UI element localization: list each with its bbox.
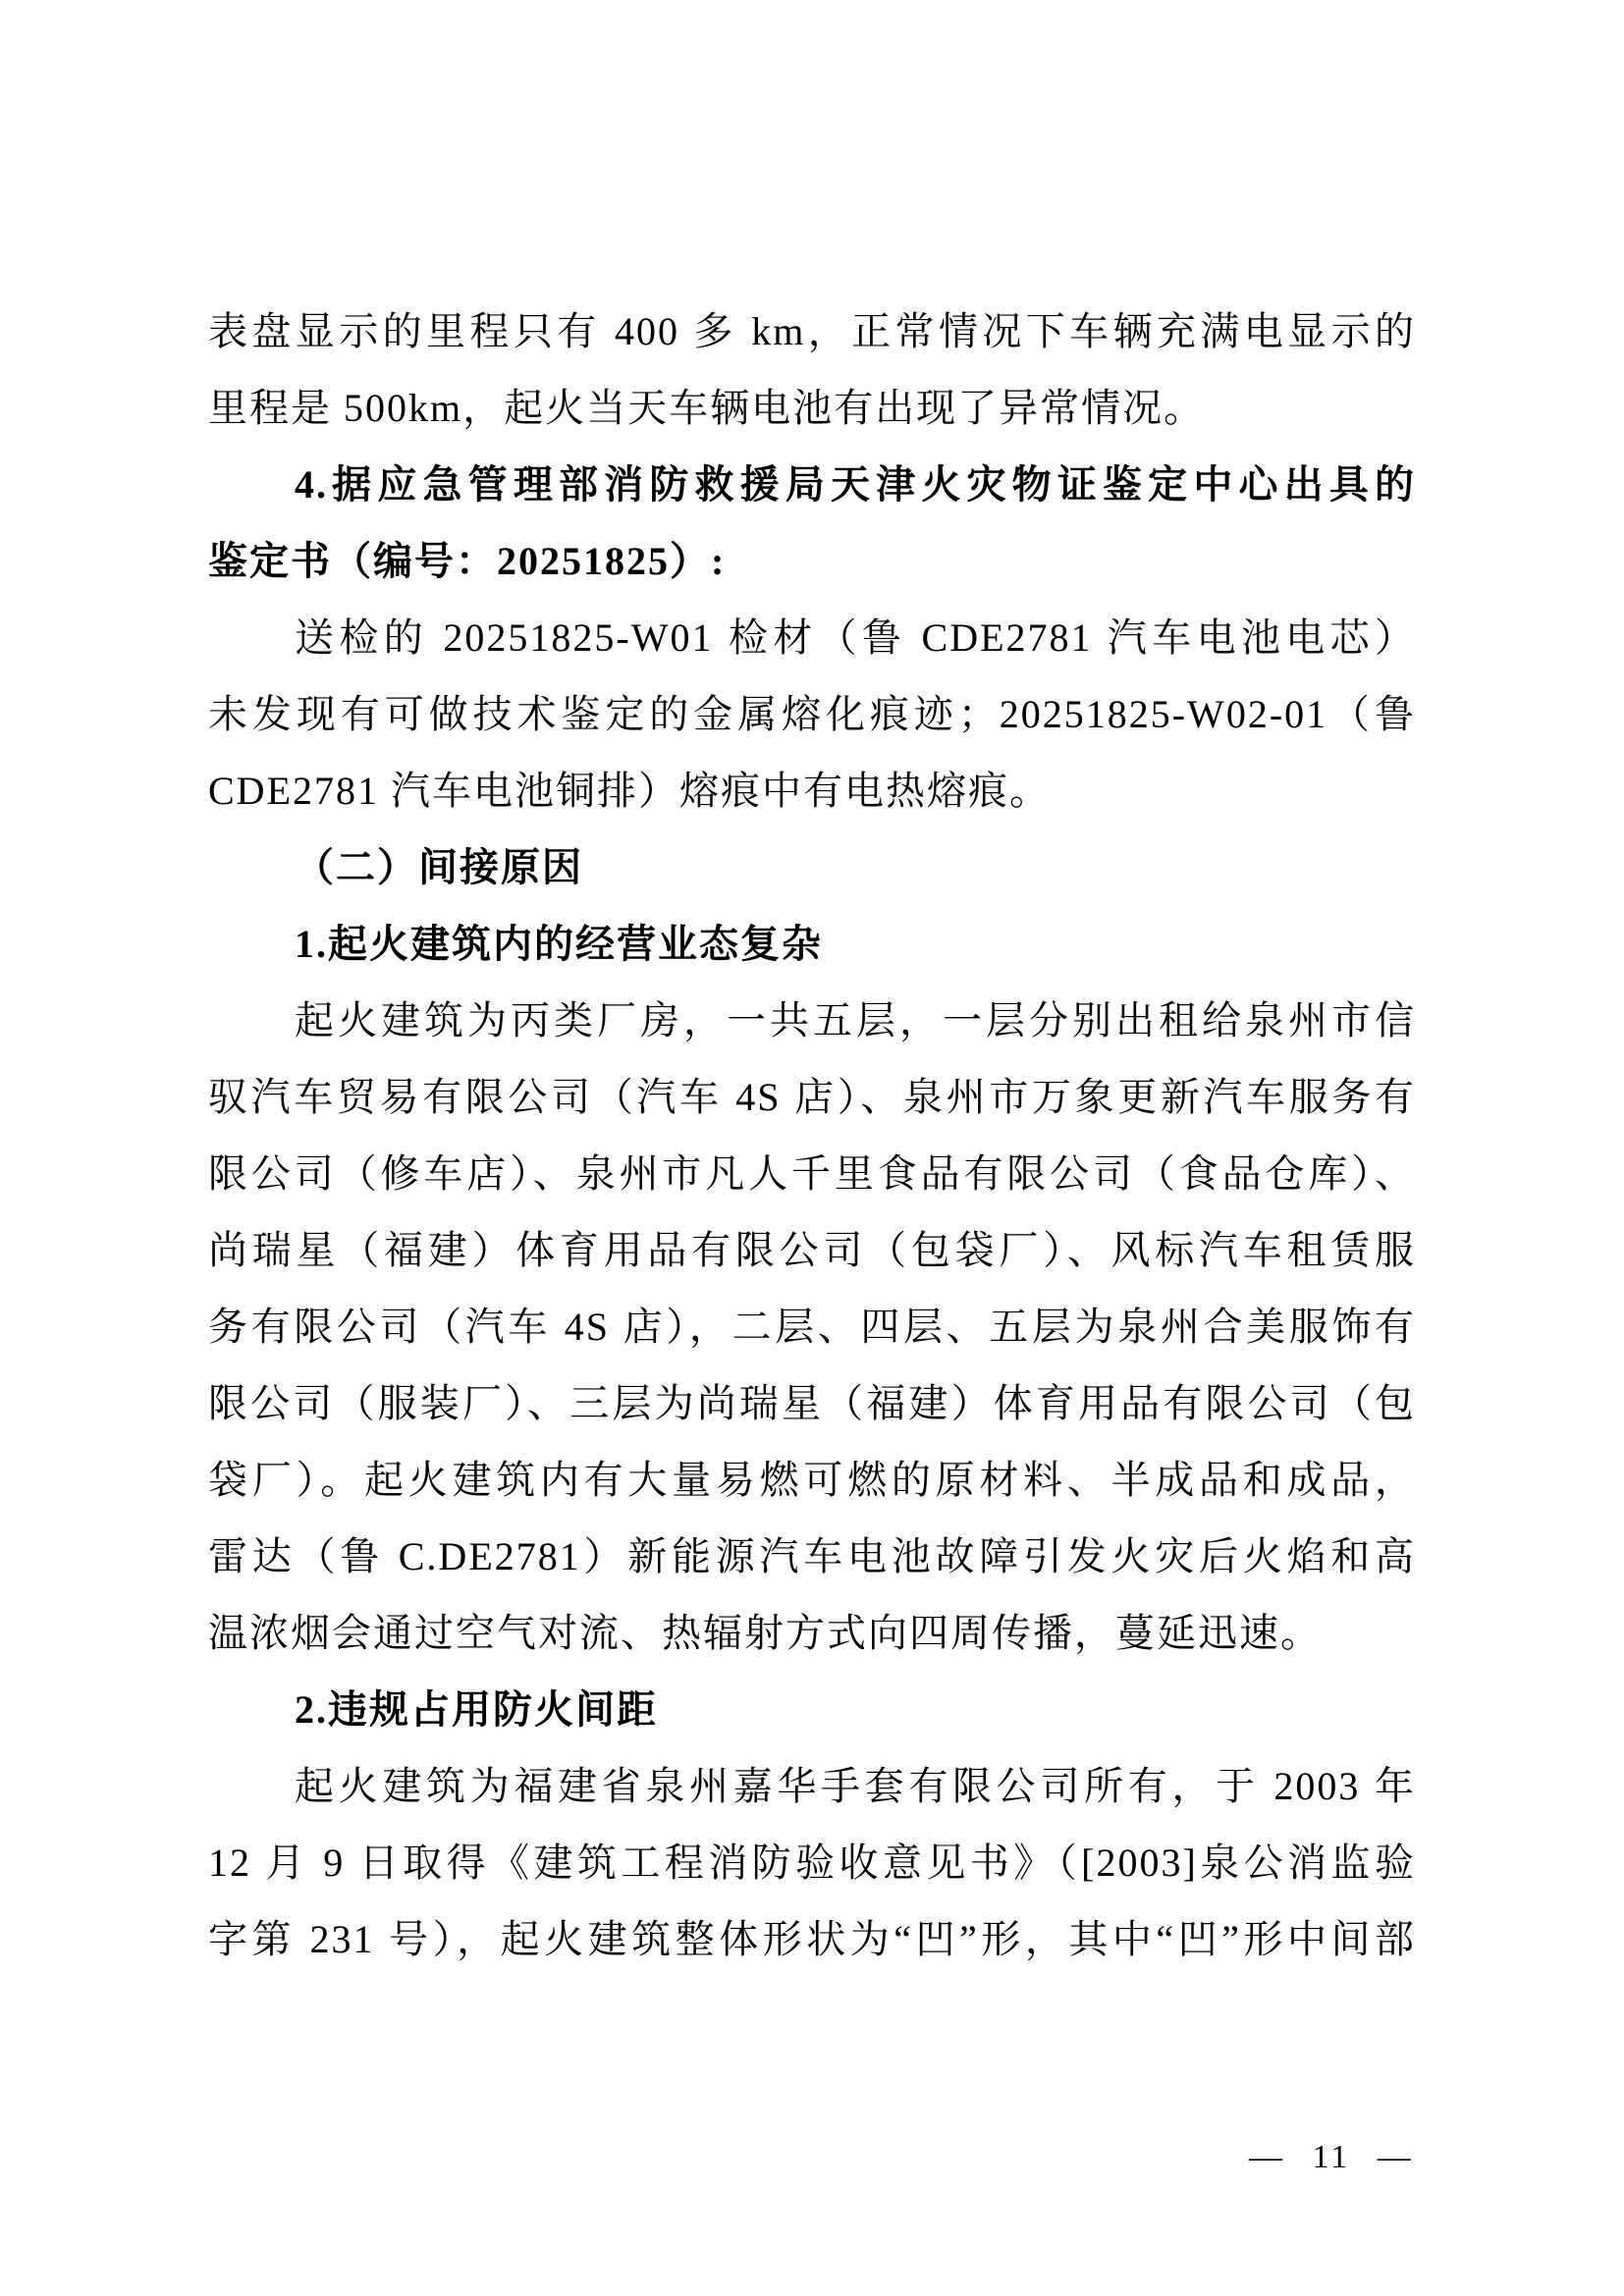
text-block: 表盘显示的里程只有 400 多 km，正常情况下车辆充满电显示的 里程是 500… (208, 294, 1416, 1978)
page-number: — 11 — (1249, 2138, 1414, 2177)
text-line: 袋厂）。起火建筑内有大量易燃可燃的原材料、半成品和成品， (208, 1442, 1416, 1519)
paragraph-mileage: 表盘显示的里程只有 400 多 km，正常情况下车辆充满电显示的 里程是 500… (208, 294, 1416, 447)
text-line: 未发现有可做技术鉴定的金属熔化痕迹；20251825-W02-01（鲁 (208, 676, 1416, 753)
text-line: 限公司（修车店）、泉州市凡人千里食品有限公司（食品仓库）、 (208, 1136, 1416, 1212)
text-line: 温浓烟会通过空气对流、热辐射方式向四周传播，蔓延迅速。 (208, 1595, 1416, 1672)
heading-appraisal-certificate: 4.据应急管理部消防救援局天津火灾物证鉴定中心出具的 鉴定书（编号：202518… (208, 447, 1416, 600)
paragraph-fire-separation: 起火建筑为福建省泉州嘉华手套有限公司所有，于 2003 年 12 月 9 日取得… (208, 1748, 1416, 1978)
heading-line: 4.据应急管理部消防救援局天津火灾物证鉴定中心出具的 (208, 447, 1416, 523)
text-line: 送检的 20251825-W01 检材（鲁 CDE2781 汽车电池电芯） (208, 600, 1416, 676)
heading-line: （二）间接原因 (208, 829, 1416, 906)
text-line: CDE2781 汽车电池铜排）熔痕中有电热熔痕。 (208, 753, 1416, 829)
text-line: 限公司（服装厂）、三层为尚瑞星（福建）体育用品有限公司（包 (208, 1365, 1416, 1442)
text-line: 务有限公司（汽车 4S 店），二层、四层、五层为泉州合美服饰有 (208, 1289, 1416, 1365)
text-line: 尚瑞星（福建）体育用品有限公司（包袋厂）、风标汽车租赁服 (208, 1212, 1416, 1289)
paragraph-business-complexity: 起火建筑为丙类厂房，一共五层，一层分别出租给泉州市信 驭汽车贸易有限公司（汽车 … (208, 983, 1416, 1672)
document-page: 表盘显示的里程只有 400 多 km，正常情况下车辆充满电显示的 里程是 500… (0, 0, 1624, 2296)
paragraph-appraisal-result: 送检的 20251825-W01 检材（鲁 CDE2781 汽车电池电芯） 未发… (208, 600, 1416, 829)
heading-indirect-causes: （二）间接原因 (208, 829, 1416, 906)
text-line: 起火建筑为丙类厂房，一共五层，一层分别出租给泉州市信 (208, 983, 1416, 1059)
heading-line: 鉴定书（编号：20251825）: (208, 523, 1416, 600)
heading-line: 1.起火建筑内的经营业态复杂 (208, 906, 1416, 983)
text-line: 字第 231 号），起火建筑整体形状为“凹”形，其中“凹”形中间部 (208, 1901, 1416, 1978)
text-line: 雷达（鲁 C.DE2781）新能源汽车电池故障引发火灾后火焰和高 (208, 1519, 1416, 1595)
text-line: 表盘显示的里程只有 400 多 km，正常情况下车辆充满电显示的 (208, 294, 1416, 370)
heading-fire-separation: 2.违规占用防火间距 (208, 1672, 1416, 1748)
heading-business-complexity: 1.起火建筑内的经营业态复杂 (208, 906, 1416, 983)
text-line: 起火建筑为福建省泉州嘉华手套有限公司所有，于 2003 年 (208, 1748, 1416, 1825)
heading-line: 2.违规占用防火间距 (208, 1672, 1416, 1748)
text-line: 里程是 500km，起火当天车辆电池有出现了异常情况。 (208, 370, 1416, 447)
text-line: 驭汽车贸易有限公司（汽车 4S 店）、泉州市万象更新汽车服务有 (208, 1059, 1416, 1136)
text-line: 12 月 9 日取得《建筑工程消防验收意见书》（[2003]泉公消监验 (208, 1825, 1416, 1901)
